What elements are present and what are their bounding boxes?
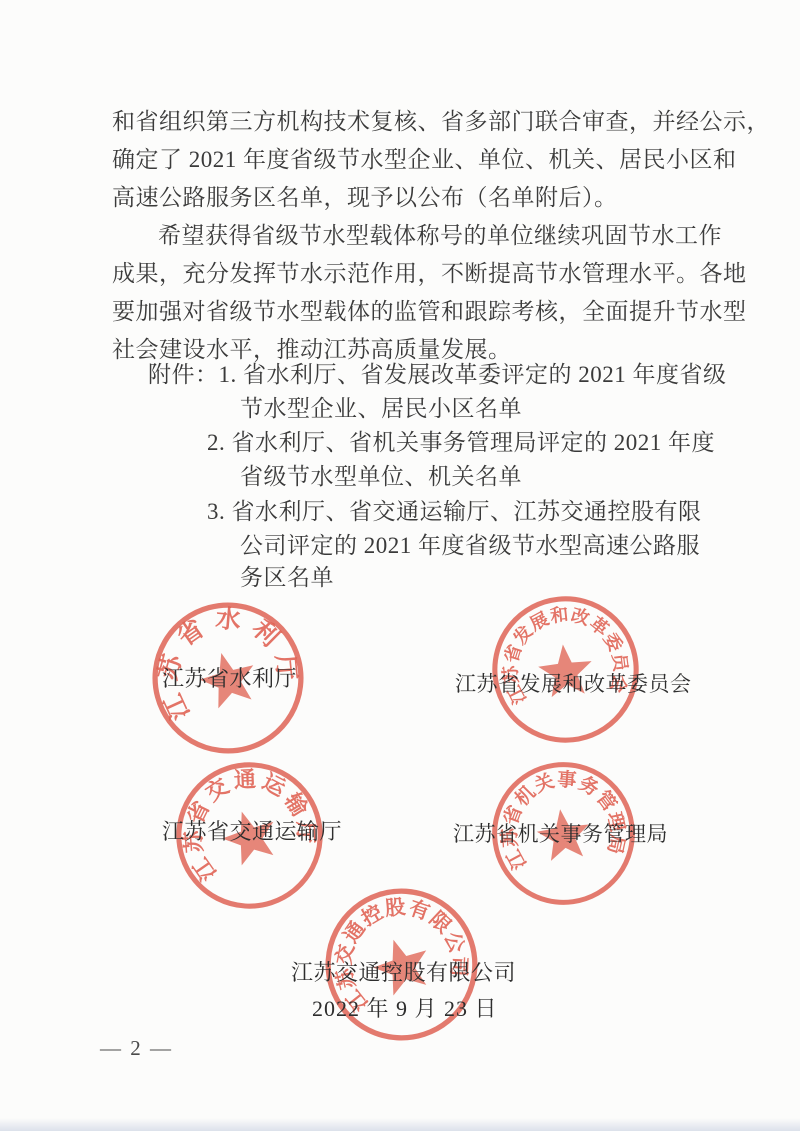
paragraph-line: 确定了 2021 年度省级节水型企业、单位、机关、居民小区和 bbox=[112, 141, 737, 174]
attachment-line: 省级节水型单位、机关名单 bbox=[240, 458, 522, 491]
attachment-line: 2. 省水利厅、省机关事务管理局评定的 2021 年度 bbox=[207, 424, 715, 457]
attachment-line: 节水型企业、居民小区名单 bbox=[240, 390, 522, 423]
paragraph-line: 成果，充分发挥节水示范作用，不断提高节水管理水平。各地 bbox=[112, 255, 747, 288]
paragraph-line: 和省组织第三方机构技术复核、省多部门联合审查，并经公示， bbox=[112, 103, 770, 136]
signature-development-reform-commission: 江苏省发展和改革委员会 bbox=[455, 668, 692, 698]
document-page: 和省组织第三方机构技术复核、省多部门联合审查，并经公示， 确定了 2021 年度… bbox=[0, 0, 800, 1131]
signature-transport-dept: 江苏省交通运输厅 bbox=[162, 815, 342, 846]
signature-water-resources-dept: 江苏省水利厅 bbox=[162, 662, 297, 693]
attachment-line: 公司评定的 2021 年度省级节水型高速公路服 bbox=[240, 527, 700, 560]
paragraph-line: 希望获得省级节水型载体称号的单位继续巩固节水工作 bbox=[158, 217, 722, 250]
paragraph-line: 高速公路服务区名单，现予以公布（名单附后）。 bbox=[112, 179, 618, 212]
attachment-line: 附件：1. 省水利厅、省发展改革委评定的 2021 年度省级 bbox=[148, 356, 727, 389]
attachment-line: 务区名单 bbox=[240, 559, 334, 592]
paragraph-line: 要加强对省级节水型载体的监管和跟踪考核，全面提升节水型 bbox=[112, 293, 747, 326]
attachment-line: 3. 省水利厅、省交通运输厅、江苏交通控股有限 bbox=[207, 493, 702, 526]
signature-communications-holding-company: 江苏交通控股有限公司 bbox=[291, 956, 516, 987]
scan-edge-artifact bbox=[0, 1118, 800, 1131]
signature-government-offices-administration: 江苏省机关事务管理局 bbox=[453, 818, 668, 848]
page-number: — 2 — bbox=[100, 1036, 173, 1061]
document-date: 2022 年 9 月 23 日 bbox=[312, 992, 498, 1023]
